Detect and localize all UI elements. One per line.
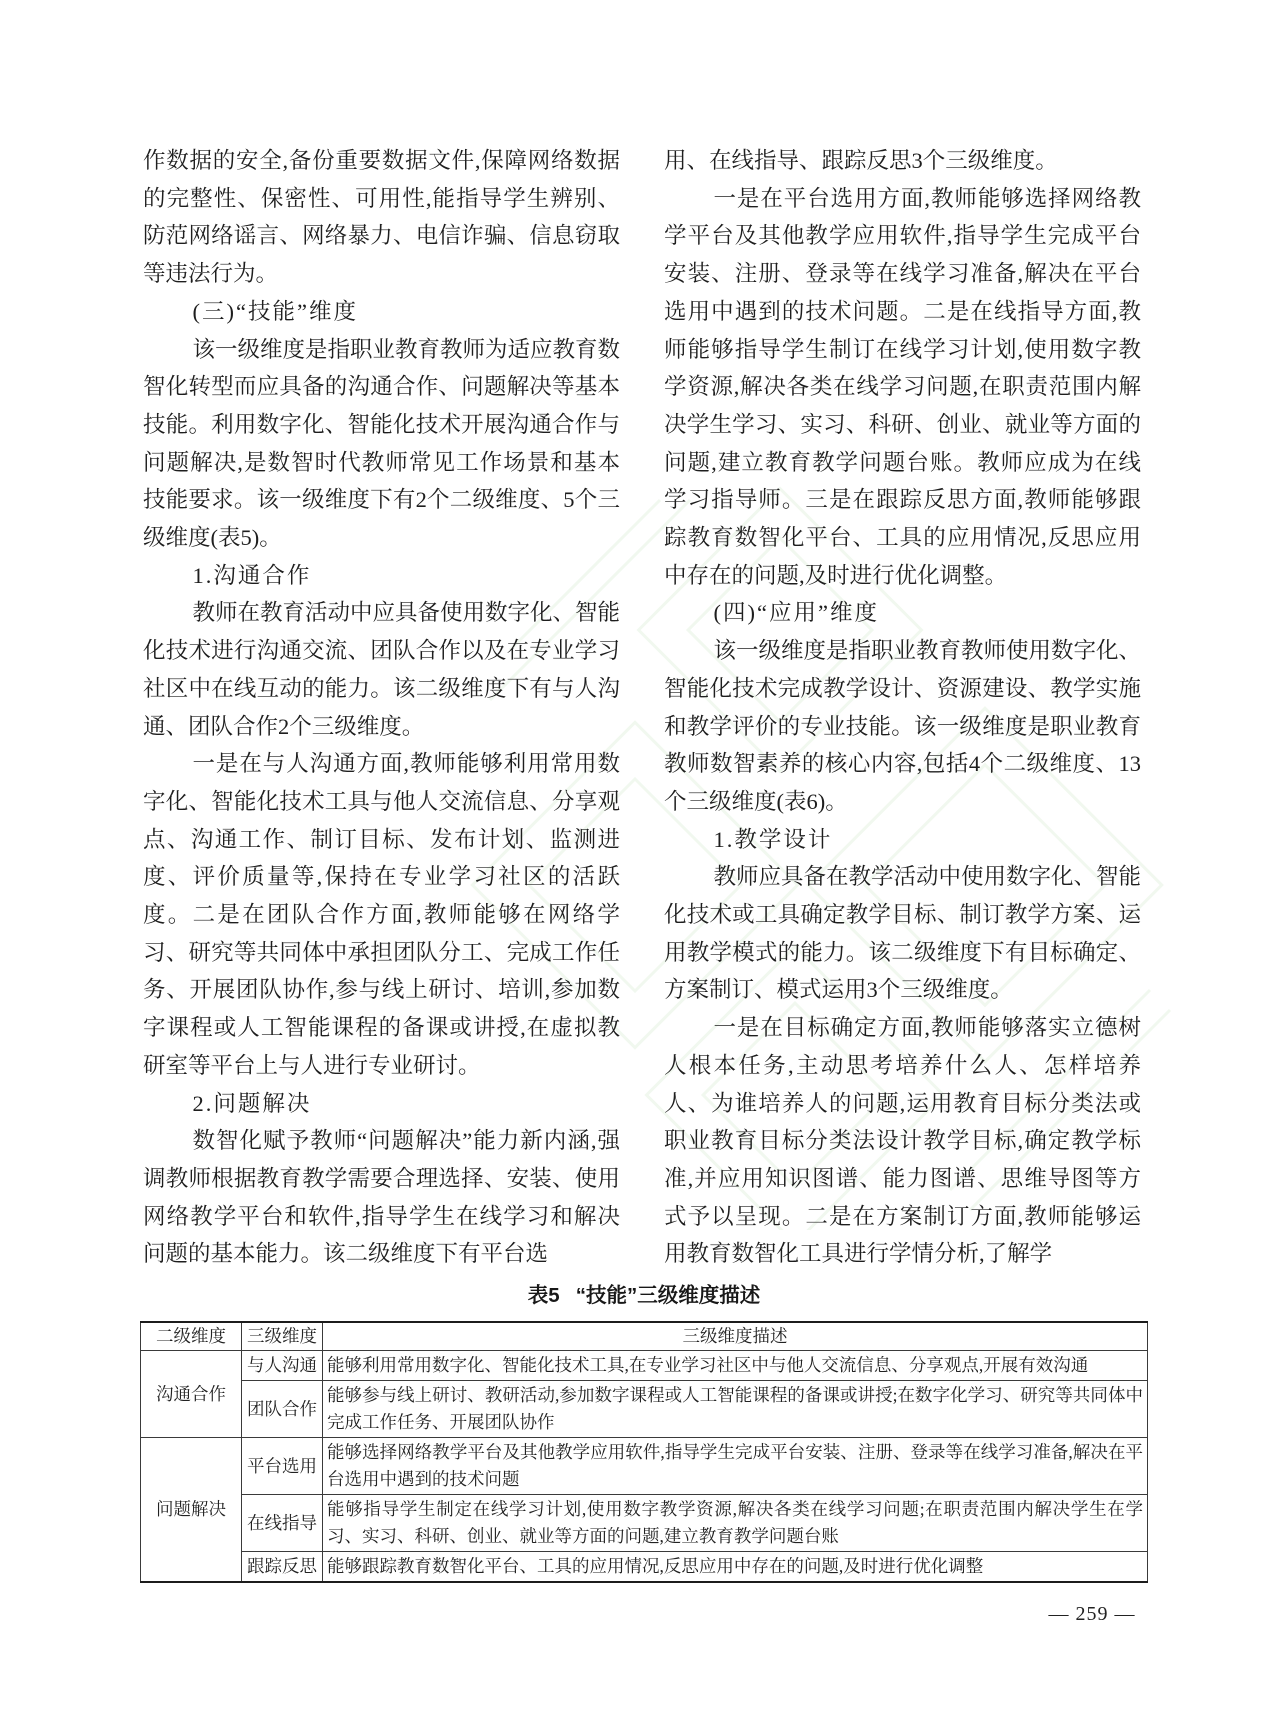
cell-dim3: 在线指导 (242, 1495, 323, 1552)
paragraph: 该一级维度是指职业教育教师为适应教育数智化转型而应具备的沟通合作、问题解决等基本… (143, 331, 620, 557)
sub-heading: 1.沟通合作 (143, 557, 620, 595)
paragraph: 一是在目标确定方面,教师能够落实立德树人根本任务,主动思考培养什么人、怎样培养人… (664, 1009, 1141, 1273)
paragraph: 教师在教育活动中应具备使用数字化、智能化技术进行沟通交流、团队合作以及在专业学习… (143, 594, 620, 745)
document-page: 作数据的安全,备份重要数据文件,保障网络数据的完整性、保密性、可用性,能指导学生… (0, 0, 1287, 1719)
sub-heading: 2.问题解决 (143, 1085, 620, 1123)
section-heading: (三)“技能”维度 (143, 293, 620, 331)
page-number: — 259 — (1042, 1603, 1142, 1626)
paragraph: 作数据的安全,备份重要数据文件,保障网络数据的完整性、保密性、可用性,能指导学生… (143, 142, 620, 293)
cell-dim3: 平台选用 (242, 1438, 323, 1495)
header-dim3: 三级维度 (242, 1322, 323, 1351)
paragraph: 一是在平台选用方面,教师能够选择网络教学平台及其他教学应用软件,指导学生完成平台… (664, 180, 1141, 595)
cell-dim3: 与人沟通 (242, 1351, 323, 1381)
paragraph: 用、在线指导、跟踪反思3个三级维度。 (664, 142, 1141, 180)
table-caption-label: 表5 (528, 1284, 560, 1307)
cell-desc: 能够选择网络教学平台及其他教学应用软件,指导学生完成平台安装、注册、登录等在线学… (323, 1438, 1148, 1495)
table-section: 表5“技能”三级维度描述 二级维度 三级维度 三级维度描述 沟通合作 与人沟通 … (140, 1278, 1148, 1583)
cell-desc: 能够参与线上研讨、教研活动,参加数字课程或人工智能课程的备课或讲授;在数字化学习… (323, 1381, 1148, 1438)
table-caption: 表5“技能”三级维度描述 (140, 1278, 1148, 1308)
table-row: 沟通合作 与人沟通 能够利用常用数字化、智能化技术工具,在专业学习社区中与他人交… (141, 1351, 1148, 1381)
cell-dim3: 团队合作 (242, 1381, 323, 1438)
cell-dim2-group1: 沟通合作 (141, 1351, 242, 1438)
table-caption-title: “技能”三级维度描述 (576, 1284, 761, 1307)
right-column: 用、在线指导、跟踪反思3个三级维度。 一是在平台选用方面,教师能够选择网络教学平… (664, 142, 1141, 1273)
paragraph: 数智化赋予教师“问题解决”能力新内涵,强调教师根据教育教学需要合理选择、安装、使… (143, 1122, 620, 1273)
paragraph: 该一级维度是指职业教育教师使用数字化、智能化技术完成教学设计、资源建设、教学实施… (664, 632, 1141, 821)
paragraph: 教师应具备在教学活动中使用数字化、智能化技术或工具确定教学目标、制订教学方案、运… (664, 858, 1141, 1009)
cell-desc: 能够利用常用数字化、智能化技术工具,在专业学习社区中与他人交流信息、分享观点,开… (323, 1351, 1148, 1381)
two-column-text: 作数据的安全,备份重要数据文件,保障网络数据的完整性、保密性、可用性,能指导学生… (143, 142, 1141, 1273)
cell-dim3: 跟踪反思 (242, 1552, 323, 1583)
header-desc: 三级维度描述 (323, 1322, 1148, 1351)
section-heading: (四)“应用”维度 (664, 594, 1141, 632)
sub-heading: 1.教学设计 (664, 821, 1141, 859)
table-row: 问题解决 平台选用 能够选择网络教学平台及其他教学应用软件,指导学生完成平台安装… (141, 1438, 1148, 1495)
table-header-row: 二级维度 三级维度 三级维度描述 (141, 1322, 1148, 1351)
dimension-table: 二级维度 三级维度 三级维度描述 沟通合作 与人沟通 能够利用常用数字化、智能化… (140, 1321, 1148, 1583)
table-row: 在线指导 能够指导学生制定在线学习计划,使用数字教学资源,解决各类在线学习问题;… (141, 1495, 1148, 1552)
header-dim2: 二级维度 (141, 1322, 242, 1351)
paragraph: 一是在与人沟通方面,教师能够利用常用数字化、智能化技术工具与他人交流信息、分享观… (143, 745, 620, 1084)
table-row: 跟踪反思 能够跟踪教育数智化平台、工具的应用情况,反思应用中存在的问题,及时进行… (141, 1552, 1148, 1583)
left-column: 作数据的安全,备份重要数据文件,保障网络数据的完整性、保密性、可用性,能指导学生… (143, 142, 620, 1273)
cell-desc: 能够指导学生制定在线学习计划,使用数字教学资源,解决各类在线学习问题;在职责范围… (323, 1495, 1148, 1552)
cell-dim2-group2: 问题解决 (141, 1438, 242, 1583)
cell-desc: 能够跟踪教育数智化平台、工具的应用情况,反思应用中存在的问题,及时进行优化调整 (323, 1552, 1148, 1583)
table-row: 团队合作 能够参与线上研讨、教研活动,参加数字课程或人工智能课程的备课或讲授;在… (141, 1381, 1148, 1438)
